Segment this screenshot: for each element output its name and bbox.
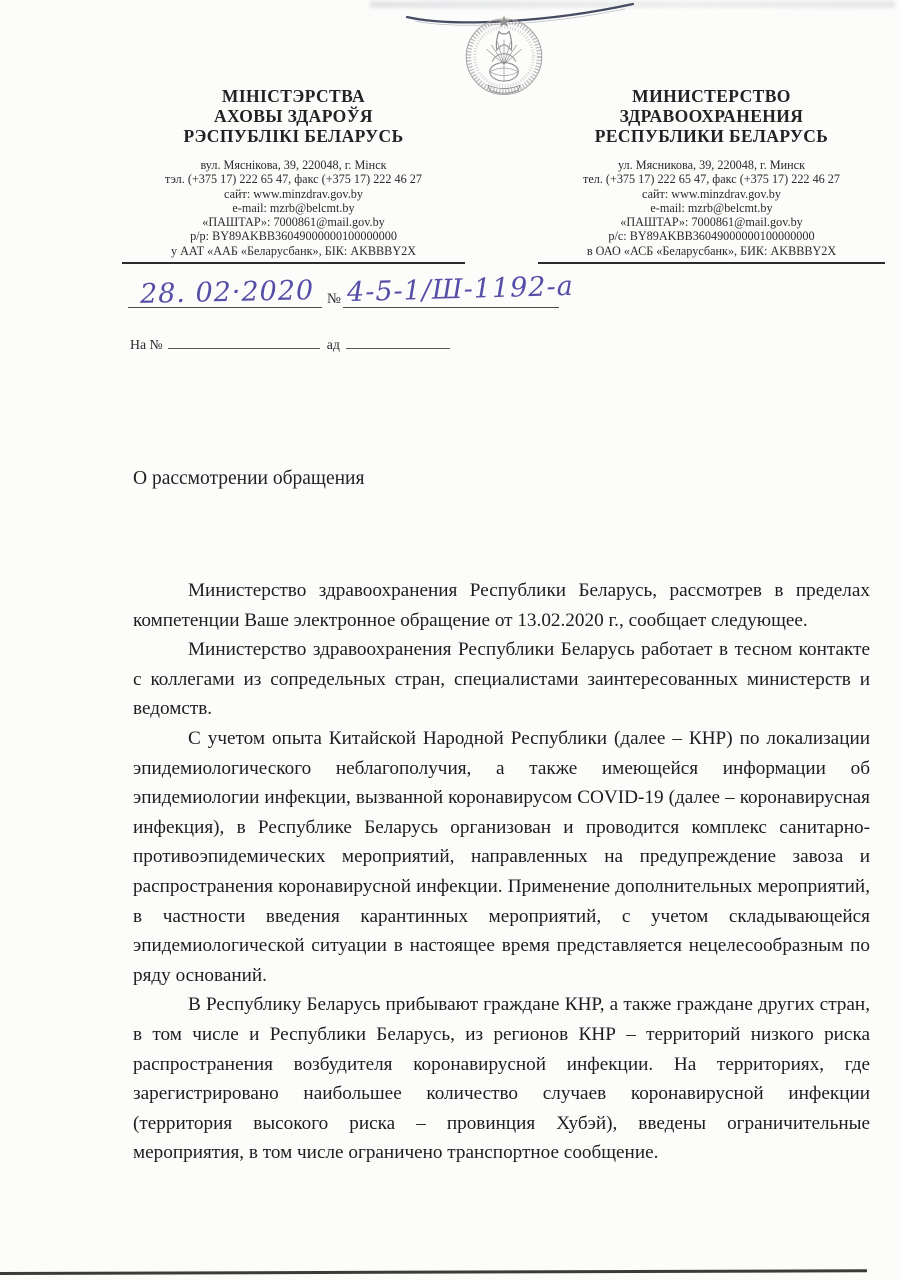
address-line: в ОАО «АСБ «Беларусбанк», БИК: AKBBBY2X (538, 244, 885, 258)
title-line: МІНІСТЭРСТВА (122, 86, 465, 106)
address-line: тел. (+375 17) 222 65 47, факс (+375 17)… (538, 172, 885, 186)
paragraph: Министерство здравоохранения Республики … (133, 576, 870, 635)
address-line: «ПАШТАР»: 7000861@mail.gov.by (538, 215, 885, 229)
letterhead-russian-column: МИНИСТЕРСТВО ЗДРАВООХРАНЕНИЯ РЕСПУБЛИКИ … (538, 86, 885, 264)
address-line: тэл. (+375 17) 222 65 47, факс (+375 17)… (122, 172, 465, 186)
ministry-title-by: МІНІСТЭРСТВА АХОВЫ ЗДАРОЎЯ РЭСПУБЛІКІ БЕ… (122, 86, 465, 146)
handwritten-outgoing-number: 4-5-1/Ш-1192-а (347, 271, 575, 308)
address-line: вул. Мяснікова, 39, 220048, г. Мінск (122, 158, 465, 172)
address-line: сайт: www.minzdrav.gov.by (122, 187, 465, 201)
title-line: АХОВЫ ЗДАРОЎЯ (122, 106, 465, 126)
address-line: сайт: www.minzdrav.gov.by (538, 187, 885, 201)
scan-page-edge (0, 1269, 867, 1275)
letterhead-belarusian-column: МІНІСТЭРСТВА АХОВЫ ЗДАРОЎЯ РЭСПУБЛІКІ БЕ… (122, 86, 465, 264)
address-line: р/р: BY89AKBB36049000000100000000 (122, 229, 465, 243)
title-line: РЕСПУБЛИКИ БЕЛАРУСЬ (538, 126, 885, 146)
scan-artifact-curve (0, 0, 900, 44)
date-underline (128, 307, 322, 308)
handwritten-date: 28. 02·2020 (140, 275, 315, 310)
title-line: РЭСПУБЛІКІ БЕЛАРУСЬ (122, 126, 465, 146)
paragraph: В Республику Беларусь прибывают граждане… (133, 990, 870, 1168)
incoming-reference-row: На №ад (130, 334, 450, 353)
ministry-title-ru: МИНИСТЕРСТВО ЗДРАВООХРАНЕНИЯ РЕСПУБЛИКИ … (538, 86, 885, 146)
address-line: ул. Мясникова, 39, 220048, г. Минск (538, 158, 885, 172)
number-sign-label: № (327, 291, 341, 308)
address-line: e-mail: mzrb@belcmt.by (538, 201, 885, 215)
address-line: e-mail: mzrb@belcmt.by (122, 201, 465, 215)
address-line: р/с: BY89AKBB36049000000100000000 (538, 229, 885, 243)
reply-date-blank (346, 334, 450, 349)
ministry-address-by: вул. Мяснікова, 39, 220048, г. Мінск тэл… (122, 158, 465, 258)
letter-body: Министерство здравоохранения Республики … (133, 576, 870, 1168)
reply-date-label: ад (327, 337, 340, 352)
title-line: МИНИСТЕРСТВО (538, 86, 885, 106)
letter-subject: О рассмотрении обращения (133, 468, 364, 490)
paragraph: С учетом опыта Китайской Народной Респуб… (133, 724, 870, 990)
title-line: ЗДРАВООХРАНЕНИЯ (538, 106, 885, 126)
ministry-address-ru: ул. Мясникова, 39, 220048, г. Минск тел.… (538, 158, 885, 258)
reply-number-blank (168, 334, 320, 349)
reply-to-label: На № (130, 337, 163, 352)
paragraph: Министерство здравоохранения Республики … (133, 635, 870, 724)
scanned-letter-page: МІНІСТЭРСТВА АХОВЫ ЗДАРОЎЯ РЭСПУБЛІКІ БЕ… (0, 0, 900, 1280)
address-line: «ПАШТАР»: 7000861@mail.gov.by (122, 215, 465, 229)
address-line: у ААТ «ААБ «Беларусбанк», БІК: AKBBBY2X (122, 244, 465, 258)
belarus-coat-of-arms-icon (462, 11, 546, 99)
